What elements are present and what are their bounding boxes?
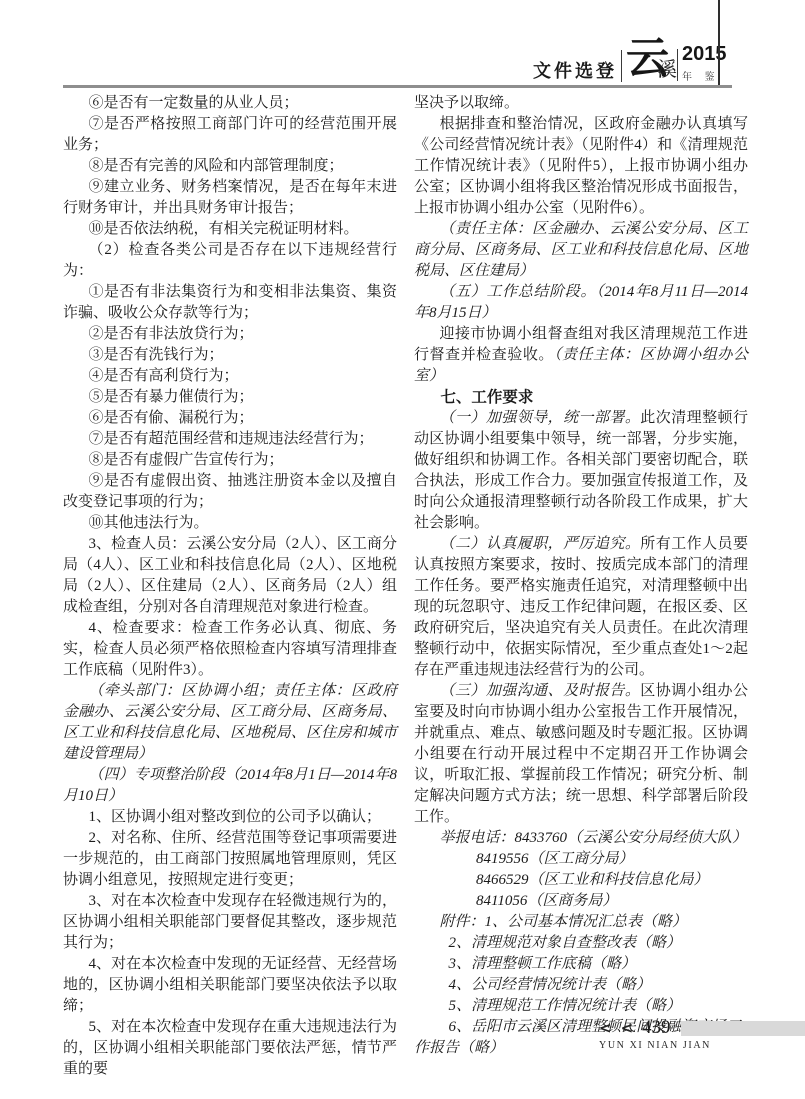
year-block: 2015 年 鉴 — [682, 44, 719, 83]
text-run: 坚决予以取缔。 — [414, 95, 519, 111]
footer-bar — [681, 1021, 805, 1036]
text-run: 3、检查人员：云溪公安分局（2人）、区工商分局（4人）、区工业和科技信息化局（2… — [63, 536, 397, 615]
paragraph: ⑦是否有超范围经营和违规违法经营行为； — [63, 429, 397, 450]
text-run: ⑦是否有超范围经营和违规违法经营行为； — [89, 431, 374, 447]
text-run: ⑤是否有暴力催债行为； — [89, 389, 254, 405]
header-divider — [677, 49, 678, 81]
text-run: ③是否有洗钱行为； — [89, 347, 224, 363]
text-run: 此次清理整顿行动区协调小组要集中领导，统一部署，分步实施，做好组织和协调工作。各… — [414, 410, 748, 531]
text-run: （三）加强沟通、及时报告。 — [440, 683, 641, 699]
paragraph: 坚决予以取缔。 — [414, 93, 748, 114]
text-run: ⑩其他违法行为。 — [89, 515, 209, 531]
text-run: （四）专项整治阶段（2014年8月1日—2014年8月10日） — [63, 767, 397, 804]
paragraph: ②是否有非法放贷行为； — [63, 324, 397, 345]
paragraph: ③是否有洗钱行为； — [63, 345, 397, 366]
paragraph: 3、清理整顿工作底稿（略） — [414, 954, 748, 975]
text-run: ⑥是否有偷、漏税行为； — [89, 410, 254, 426]
right-column: 坚决予以取缔。根据排查和整治情况，区政府金融办认真填写《公司经营情况统计表》（见… — [414, 93, 748, 1080]
section-title: 文件选登 — [533, 57, 617, 83]
paragraph: 3、对在本次检查中发现存在轻微违规行为的，区协调小组相关职能部门要督促其整改，逐… — [63, 891, 397, 954]
text-run: ⑧是否有虚假广告宣传行为； — [89, 452, 284, 468]
text-run: 3、清理整顿工作底稿（略） — [449, 956, 637, 972]
text-run: （2）检查各类公司是否存在以下违规经营行为： — [63, 242, 397, 279]
paragraph: ⑩其他违法行为。 — [63, 513, 397, 534]
paragraph: ⑥是否有一定数量的从业人员； — [63, 93, 397, 114]
paragraph: （2）检查各类公司是否存在以下违规经营行为： — [63, 240, 397, 282]
paragraph: （责任主体：区金融办、云溪公安分局、区工商分局、区商务局、区工业和科技信息化局、… — [414, 219, 748, 282]
text-run: ①是否有非法集资行为和变相非法集资、集资诈骗、吸收公众存款等行为； — [63, 284, 397, 321]
header-rule — [63, 85, 732, 88]
paragraph: 4、检查要求：检查工作务必认真、彻底、务实，检查人员必须严格依照检查内容填写清理… — [63, 618, 397, 681]
paragraph: 5、清理规范工作情况统计表（略） — [414, 996, 748, 1017]
paragraph: ⑧是否有完善的风险和内部管理制度； — [63, 156, 397, 177]
text-run: ⑥是否有一定数量的从业人员； — [89, 95, 299, 111]
text-run: （牵头部门：区协调小组；责任主体：区政府金融办、云溪公安分局、区工商分局、区商务… — [63, 683, 397, 762]
text-run: 5、对在本次检查中发现存在重大违规违法行为的，区协调小组相关职能部门要依法严惩，… — [63, 1019, 397, 1077]
paragraph: （一）加强领导，统一部署。此次清理整顿行动区协调小组要集中领导，统一部署，分步实… — [414, 408, 748, 534]
text-run: 8411056（区商务局） — [476, 893, 617, 909]
text-run: 8466529（区工业和科技信息化局） — [476, 872, 709, 888]
paragraph: 2、对名称、住所、经营范围等登记事项需要进一步规范的，由工商部门按照属地管理原则… — [63, 828, 397, 891]
paragraph: ⑨是否有虚假出资、抽逃注册资本金以及擅自改变登记事项的行为； — [63, 471, 397, 513]
paragraph: 附件：1、公司基本情况汇总表（略） — [414, 912, 748, 933]
text-run: 4、检查要求：检查工作务必认真、彻底、务实，检查人员必须严格依照检查内容填写清理… — [63, 620, 397, 678]
left-column: ⑥是否有一定数量的从业人员；⑦是否严格按照工商部门许可的经营范围开展业务；⑧是否… — [63, 93, 397, 1080]
paragraph: ⑧是否有虚假广告宣传行为； — [63, 450, 397, 471]
year-label: 年 鉴 — [682, 68, 719, 83]
header-divider — [621, 50, 622, 82]
paragraph: 根据排查和整治情况，区政府金融办认真填写《公司经营情况统计表》（见附件4）和《清… — [414, 114, 748, 219]
text-run: ⑨建立业务、财务档案情况，是否在每年末进行财务审计，并出具财务审计报告； — [63, 179, 397, 216]
page-header: 文件选登 云 溪 2015 年 鉴 — [0, 0, 805, 90]
text-run: ⑧是否有完善的风险和内部管理制度； — [89, 158, 344, 174]
text-run: （一）加强领导，统一部署。 — [440, 410, 641, 426]
paragraph: ⑩是否依法纳税，有相关完税证明材料。 — [63, 219, 397, 240]
paragraph: （三）加强沟通、及时报告。区协调小组办公室要及时向市协调小组办公室报告工作开展情… — [414, 681, 748, 828]
text-run: ②是否有非法放贷行为； — [89, 326, 254, 342]
text-run: 七、工作要求 — [440, 389, 533, 406]
journal-name: YUN XI NIAN JIAN — [599, 1040, 711, 1051]
paragraph: ①是否有非法集资行为和变相非法集资、集资诈骗、吸收公众存款等行为； — [63, 282, 397, 324]
text-run: 5、清理规范工作情况统计表（略） — [449, 998, 682, 1014]
year-text: 2015 — [682, 44, 719, 64]
text-run: 所有工作人员要认真按照方案要求，按时、按质完成本部门的清理工作任务。要严格实施责… — [414, 536, 748, 678]
text-run: ⑨是否有虚假出资、抽逃注册资本金以及擅自改变登记事项的行为； — [63, 473, 397, 510]
text-run: 8419556（区工商分局） — [476, 851, 634, 867]
text-run: 4、对在本次检查中发现的无证经营、无经营场地的，区协调小组相关职能部门要坚决依法… — [63, 956, 397, 1014]
paragraph: 1、区协调小组对整改到位的公司予以确认； — [63, 807, 397, 828]
paragraph: ⑥是否有偷、漏税行为； — [63, 408, 397, 429]
yearbook-page: 文件选登 云 溪 2015 年 鉴 ⑥是否有一定数量的从业人员；⑦是否严格按照工… — [0, 0, 805, 1099]
paragraph: （牵头部门：区协调小组；责任主体：区政府金融办、云溪公安分局、区工商分局、区商务… — [63, 681, 397, 765]
paragraph: 5、对在本次检查中发现存在重大违规违法行为的，区协调小组相关职能部门要依法严惩，… — [63, 1017, 397, 1080]
text-run: （五）工作总结阶段。（2014年8月11日—2014年8月15日） — [414, 284, 748, 321]
paragraph: 4、公司经营情况统计表（略） — [414, 975, 748, 996]
section-heading: 七、工作要求 — [414, 387, 748, 408]
paragraph: ⑨建立业务、财务档案情况，是否在每年末进行财务审计，并出具财务审计报告； — [63, 177, 397, 219]
header-divider — [718, 0, 720, 86]
text-run: 2、对名称、住所、经营范围等登记事项需要进一步规范的，由工商部门按照属地管理原则… — [63, 830, 397, 888]
text-run: 4、公司经营情况统计表（略） — [449, 977, 652, 993]
text-run: 举报电话：8433760（云溪公安分局经侦大队） — [440, 830, 748, 846]
paragraph: （五）工作总结阶段。（2014年8月11日—2014年8月15日） — [414, 282, 748, 324]
paragraph: 8419556（区工商分局） — [414, 849, 748, 870]
text-run: 3、对在本次检查中发现存在轻微违规行为的，区协调小组相关职能部门要督促其整改，逐… — [63, 893, 397, 951]
paragraph: 2、清理规范对象自查整改表（略） — [414, 933, 748, 954]
yearbook-logo-sub: 溪 — [657, 60, 677, 80]
text-run: 1、区协调小组对整改到位的公司予以确认； — [89, 809, 382, 825]
text-run: （责任主体：区金融办、云溪公安分局、区工商分局、区商务局、区工业和科技信息化局、… — [414, 221, 748, 279]
paragraph: ⑦是否严格按照工商部门许可的经营范围开展业务； — [63, 114, 397, 156]
paragraph: 迎接市协调小组督查组对我区清理规范工作进行督查并检查验收。（责任主体：区协调小组… — [414, 324, 748, 387]
paragraph: （二）认真履职，严厉追究。所有工作人员要认真按照方案要求，按时、按质完成本部门的… — [414, 534, 748, 681]
text-run: 根据排查和整治情况，区政府金融办认真填写《公司经营情况统计表》（见附件4）和《清… — [414, 116, 748, 216]
paragraph: （四）专项整治阶段（2014年8月1日—2014年8月10日） — [63, 765, 397, 807]
paragraph: 8411056（区商务局） — [414, 891, 748, 912]
paragraph: ⑤是否有暴力催债行为； — [63, 387, 397, 408]
paragraph: ④是否有高利贷行为； — [63, 366, 397, 387]
text-run: ⑦是否严格按照工商部门许可的经营范围开展业务； — [63, 116, 397, 153]
text-run: 区协调小组办公室要及时向市协调小组办公室报告工作开展情况，并就重点、难点、敏感问… — [414, 683, 748, 825]
page-number: 439 — [642, 1017, 671, 1039]
paragraph: 举报电话：8433760（云溪公安分局经侦大队） — [414, 828, 748, 849]
paragraph: 3、检查人员：云溪公安分局（2人）、区工商分局（4人）、区工业和科技信息化局（2… — [63, 534, 397, 618]
text-run: 2、清理规范对象自查整改表（略） — [449, 935, 682, 951]
text-run: （二）认真履职，严厉追究。 — [440, 536, 641, 552]
paragraph: 8466529（区工业和科技信息化局） — [414, 870, 748, 891]
document-body: ⑥是否有一定数量的从业人员；⑦是否严格按照工商部门许可的经营范围开展业务；⑧是否… — [63, 93, 748, 1080]
text-run: ⑩是否依法纳税，有相关完税证明材料。 — [89, 221, 359, 237]
text-run: ④是否有高利贷行为； — [89, 368, 239, 384]
text-run: 附件：1、公司基本情况汇总表（略） — [440, 914, 688, 930]
paragraph: 4、对在本次检查中发现的无证经营、无经营场地的，区协调小组相关职能部门要坚决依法… — [63, 954, 397, 1017]
footer-nav-arrows: << — [599, 1019, 642, 1037]
